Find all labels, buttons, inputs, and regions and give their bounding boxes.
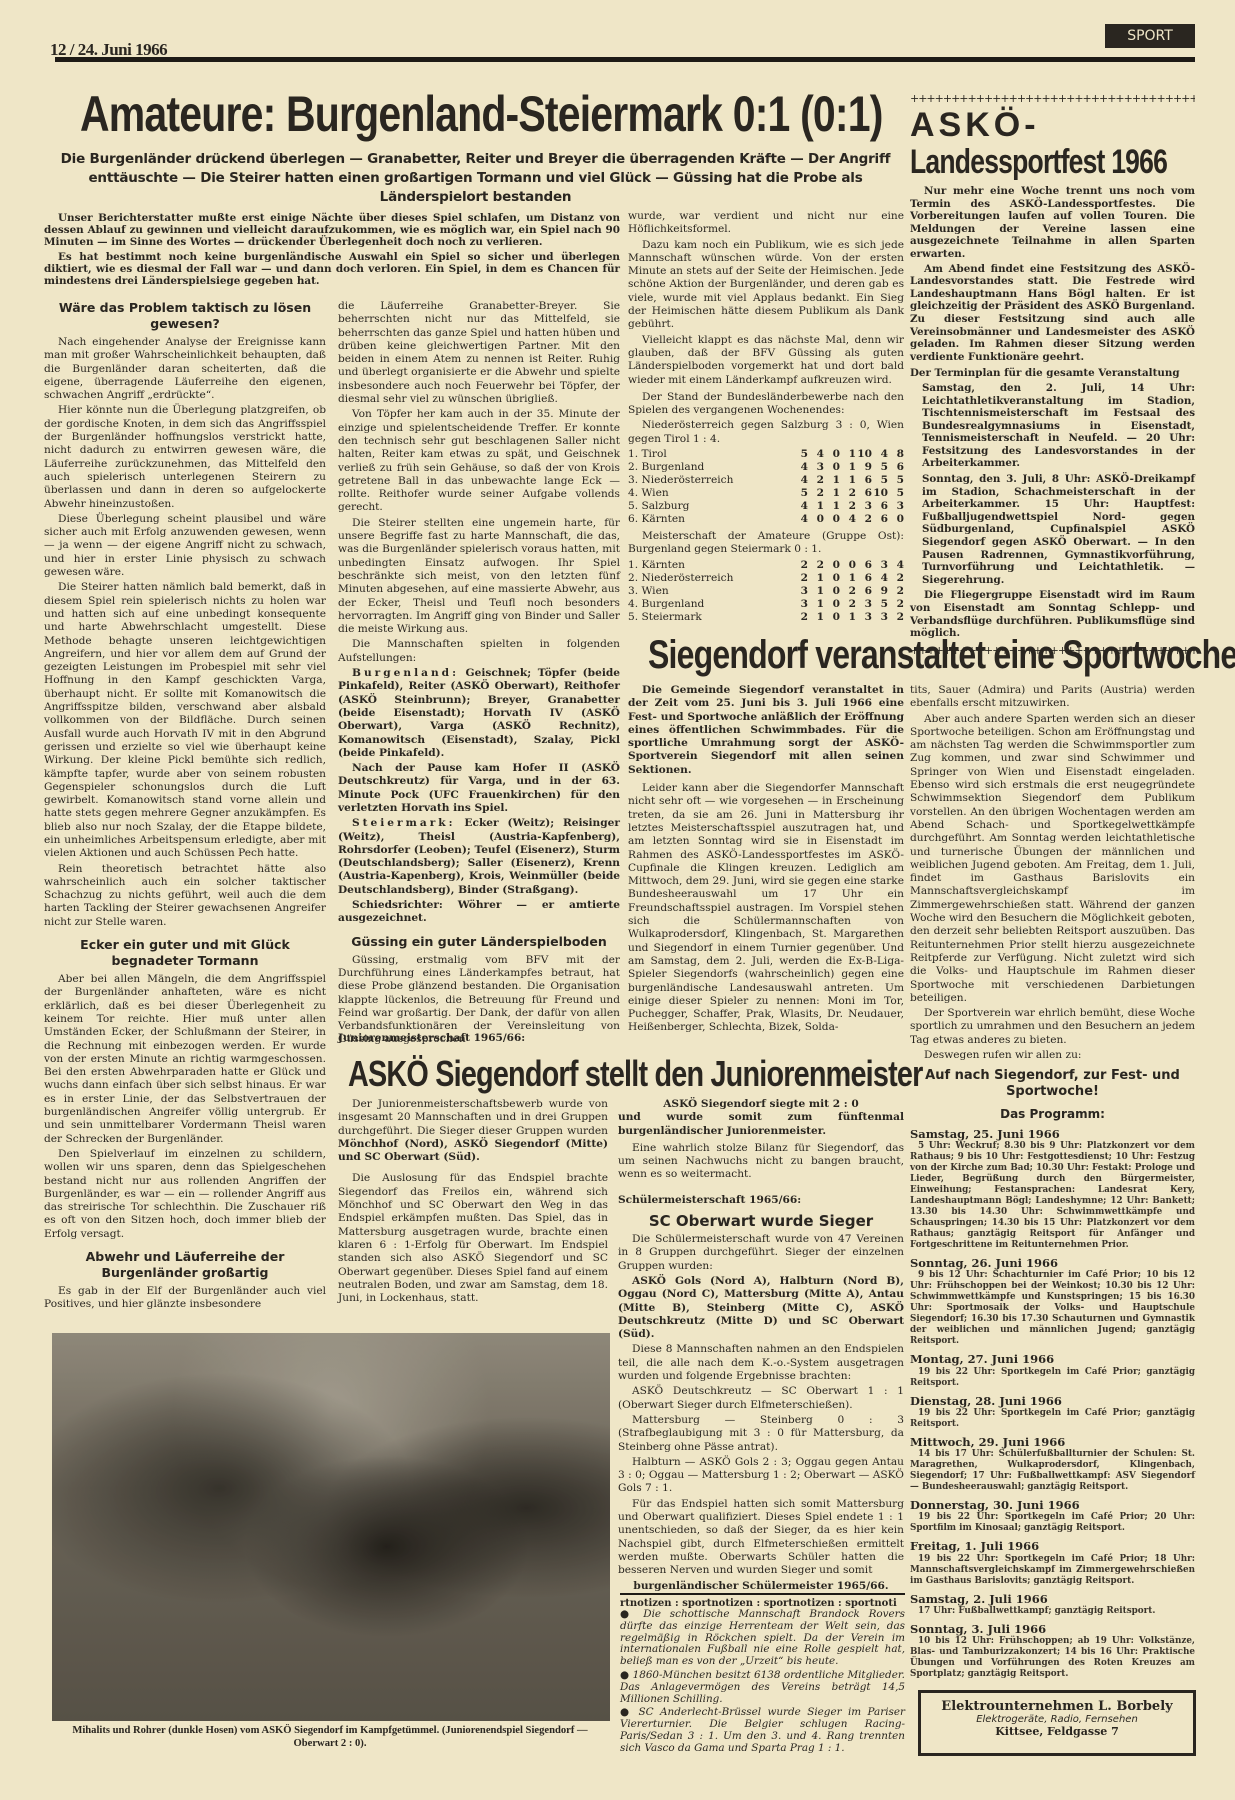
sidebar-landessportfest: ++++++++++++++++++++++++++++++++++++ ASK… [910,92,1195,657]
junior-col1: Der Juniorenmeisterschaftsbewerb wurde v… [338,1098,608,1307]
section-label: SPORT [1105,24,1195,48]
program-title: Das Programm: [910,1108,1195,1121]
school-kicker: Schülermeisterschaft 1965/66: [618,1194,904,1207]
program-text: 17 Uhr: Fußballwettkampf; ganztägig Reit… [910,1606,1195,1617]
program-text: 19 bis 22 Uhr: Sportkegeln im Café Prior… [910,1512,1195,1534]
subhead-guessing: Güssing ein guter Länderspielboden [338,934,620,950]
program-text: 5 Uhr: Weckruf; 8.30 bis 9 Uhr: Platzkon… [910,1141,1195,1251]
match-photo [52,1333,610,1721]
program-day: Sonntag, 26. Juni 1966 [910,1257,1195,1270]
lineup-burgenland: Burgenland: Geischnek; Töpfer (beide Pin… [338,667,620,760]
program-text: 14 bis 17 Uhr: Schülerfußballturnier der… [910,1449,1195,1493]
program-day: Donnerstag, 30. Juni 1966 [910,1499,1195,1512]
program-text: 9 bis 12 Uhr: Schachturnier im Café Prio… [910,1270,1195,1347]
main-headline: Amateure: Burgenland-Steiermark 0:1 (0:1… [80,86,883,142]
siegendorf-col1: Die Gemeinde Siegendorf veranstaltet in … [628,684,904,1037]
main-lead: Unser Berichterstatter mußte erst einige… [44,212,620,289]
sidebar-title-1: ASKÖ- [910,107,1195,143]
program-day: Montag, 27. Juni 1966 [910,1353,1195,1366]
star-divider-top: ++++++++++++++++++++++++++++++++++++ [910,92,1195,105]
program-day: Samstag, 2. Juli 1966 [910,1593,1195,1606]
table-row: 4. Wien52126105 [628,487,904,500]
main-subheadline: Die Burgenländer drückend überlegen — Gr… [48,150,903,207]
junior-headline: ASKÖ Siegendorf stellt den Juniorenmeist… [348,1054,923,1094]
advertisement-borbely: Elektrounternehmen L. Borbely Elektroger… [918,1690,1196,1756]
referee: Schiedsrichter: Wöhrer — er amtierte aus… [338,899,620,926]
sportnotizen: rtnotizen : sportnotizen : sportnotizen … [620,1598,905,1757]
subhead-ecker: Ecker ein guter und mit Glück begnadeter… [44,937,326,969]
table-row: 3. Niederösterreich4211655 [628,474,904,487]
program-day: Sonntag, 3. Juli 1966 [910,1623,1195,1636]
school-headline: SC Oberwart wurde Sieger [618,1213,904,1229]
program-text: 19 bis 22 Uhr: Sportkegeln im Café Prior… [910,1367,1195,1389]
lineup-steiermark: Steiermark: Ecker (Weitz); Reisinger (We… [338,817,620,897]
subhead-abwehr: Abwehr und Läuferreihe der Burgenländer … [44,1249,326,1281]
bullet-icon: ● [620,1608,635,1620]
table-row: 1. Kärnten2200634 [628,559,904,572]
program-day: Freitag, 1. Juli 1966 [910,1540,1195,1553]
table-row: 2. Niederösterreich2101642 [628,572,904,585]
program-text: 10 bis 12 Uhr: Frühschoppen; ab 19 Uhr: … [910,1636,1195,1680]
bullet-icon: ● [620,1706,632,1718]
table-row: 6. Kärnten4004260 [628,513,904,526]
sidebar-title-2: Landessportfest 1966 [910,143,1132,181]
table-row: 1. Tirol54011048 [628,448,904,461]
junior-col2: ASKÖ Siegendorf siegte mit 2 : 0 und wur… [618,1098,904,1593]
program-text: 19 bis 22 Uhr: Sportkegeln im Café Prior… [910,1408,1195,1430]
siegendorf-headline: Siegendorf veranstaltet eine Sportwoche [648,633,1235,677]
table-row: 2. Burgenland4301956 [628,461,904,474]
main-col3: wurde, war verdient und nicht nur eine H… [628,210,904,624]
program-day: Dienstag, 28. Juni 1966 [910,1395,1195,1408]
photo-caption: Mihalits und Rohrer (dunkle Hosen) vom A… [50,1724,610,1750]
main-col2: die Läuferreihe Granabetter-Breyer. Sie … [338,300,620,1049]
table-row: 5. Salzburg4112363 [628,500,904,513]
standings-table-amateure: 1. Kärnten22006342. Niederösterreich2101… [628,559,904,624]
table-row: 4. Burgenland3102352 [628,598,904,611]
program-day: Samstag, 25. Juni 1966 [910,1128,1195,1141]
table-row: 3. Wien3102692 [628,585,904,598]
main-col1: Wäre das Problem taktisch zu lösen gewes… [44,300,326,1314]
header-rule [55,57,1195,62]
substitutes: Nach der Pause kam Hofer II (ASKÖ Deutsc… [338,762,620,815]
bullet-icon: ● [620,1669,629,1681]
program-text: 19 bis 22 Uhr: Sportkegeln im Café Prior… [910,1554,1195,1587]
table-row: 5. Steiermark2101332 [628,611,904,624]
call-to-action: Auf nach Siegendorf, zur Fest- und Sport… [910,1068,1195,1100]
program-day: Mittwoch, 29. Juni 1966 [910,1436,1195,1449]
subhead-taktisch: Wäre das Problem taktisch zu lösen gewes… [44,300,326,332]
standings-table-bundeslaender: 1. Tirol540110482. Burgenland43019563. N… [628,448,904,526]
siegendorf-col2: tits, Sauer (Admira) und Parits (Austria… [910,684,1195,1680]
notes-rule [620,1593,905,1595]
program-list: Samstag, 25. Juni 19665 Uhr: Weckruf; 8.… [910,1128,1195,1681]
junior-kicker: Juniorenmeisterschaft 1965/66: [338,1032,525,1044]
